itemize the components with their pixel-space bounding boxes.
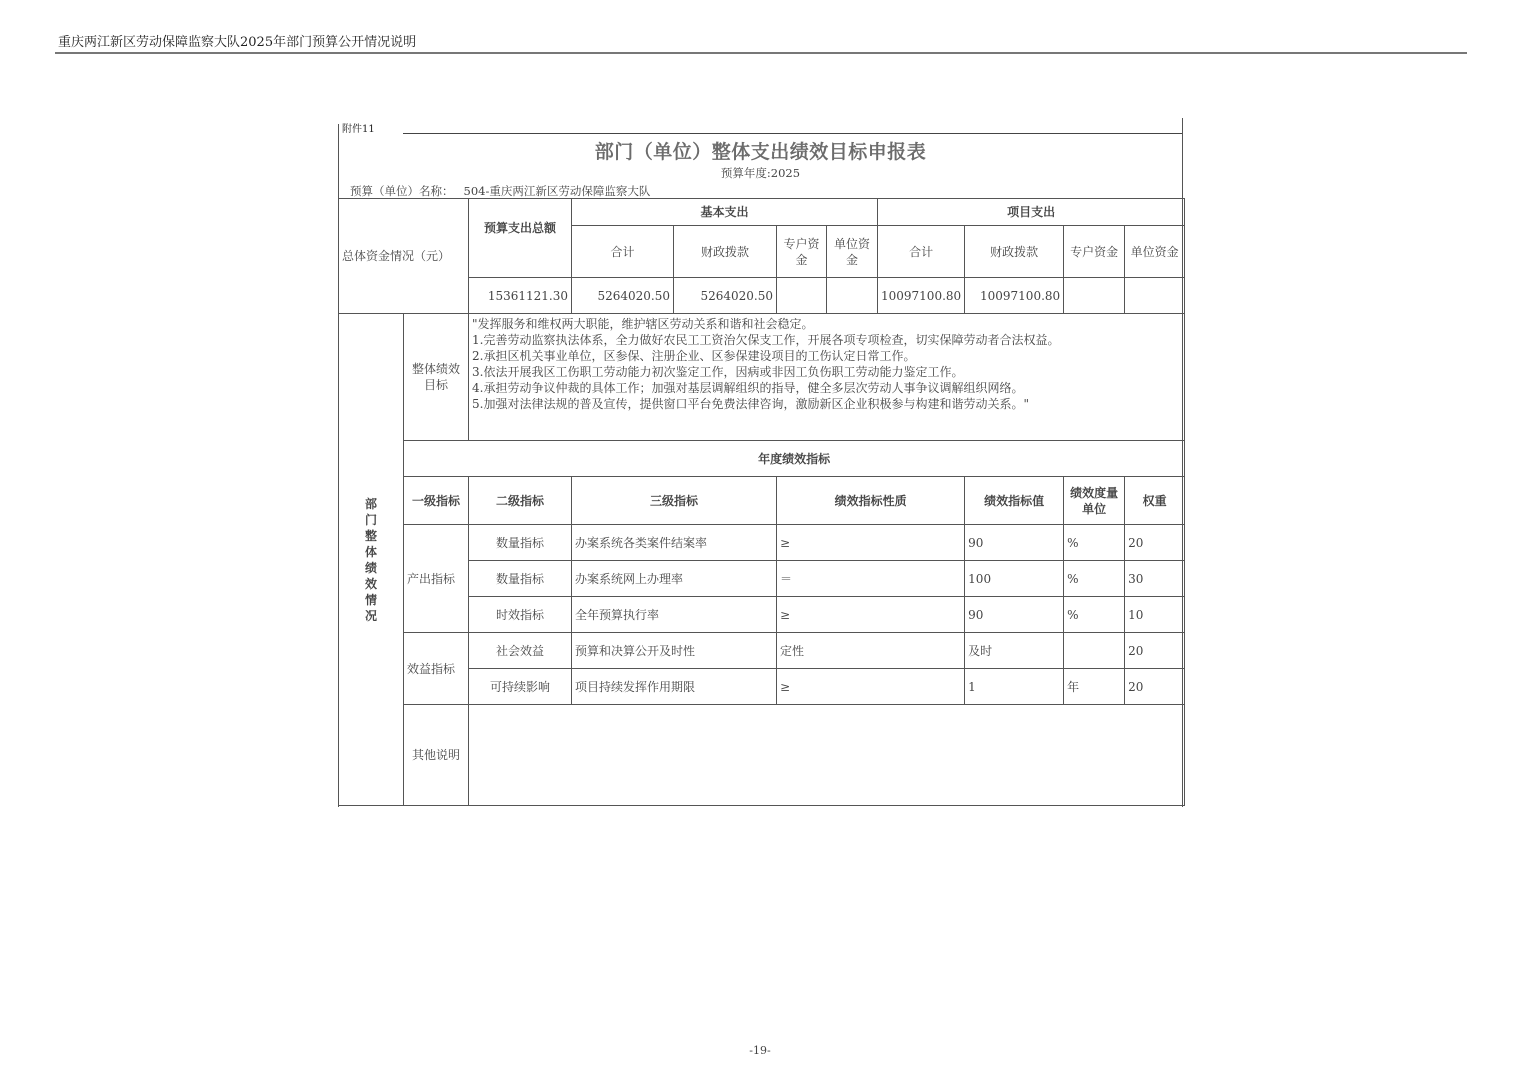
- project-fiscal-header: 财政拨款: [965, 226, 1064, 278]
- header-weight: 权重: [1125, 477, 1185, 525]
- basic-subtotal-header: 合计: [572, 226, 674, 278]
- overall-goal-label: 整体绩效目标: [404, 314, 469, 441]
- level2-cell: 数量指标: [469, 525, 572, 561]
- unit-cell: [1064, 633, 1125, 669]
- level2-cell: 数量指标: [469, 561, 572, 597]
- level2-cell: 社会效益: [469, 633, 572, 669]
- performance-form-table: 总体资金情况（元） 预算支出总额 基本支出 项目支出 合计 财政拨款 专户资金 …: [338, 198, 1185, 806]
- other-notes-value: [469, 705, 1185, 806]
- nature-cell: ≥: [777, 669, 965, 705]
- level3-cell: 预算和决算公开及时性: [572, 633, 777, 669]
- goal-line: "发挥服务和维权两大职能，维护辖区劳动关系和谐和社会稳定。: [472, 316, 1181, 332]
- project-fiscal-value: 10097100.80: [965, 278, 1064, 314]
- header-level2: 二级指标: [469, 477, 572, 525]
- goal-line: 4.承担劳动争议仲裁的具体工作；加强对基层调解组织的指导，健全多层次劳动人事争议…: [472, 380, 1181, 396]
- section-label-char: 部: [342, 496, 400, 512]
- basic-subtotal-value: 5264020.50: [572, 278, 674, 314]
- section-label-char: 体: [342, 544, 400, 560]
- section-label-char: 绩: [342, 560, 400, 576]
- basic-unit-value: [827, 278, 878, 314]
- header-level1: 一级指标: [404, 477, 469, 525]
- level3-cell: 办案系统网上办理率: [572, 561, 777, 597]
- basic-special-value: [777, 278, 827, 314]
- unit-name: 预算（单位）名称：504-重庆两江新区劳动保障监察大队: [350, 183, 650, 199]
- basic-fiscal-header: 财政拨款: [674, 226, 777, 278]
- goal-line: 5.加强对法律法规的普及宣传，提供窗口平台免费法律咨询，激励新区企业积极参与构建…: [472, 396, 1181, 412]
- basic-unit-header: 单位资金: [827, 226, 878, 278]
- unit-name-label: 预算（单位）名称：: [350, 184, 454, 198]
- goal-line: 1.完善劳动监察执法体系，全力做好农民工工资治欠保支工作，开展各项专项检查，切实…: [472, 332, 1181, 348]
- level2-cell: 时效指标: [469, 597, 572, 633]
- performance-section-label: 部门整体绩效情况: [339, 314, 404, 806]
- page-header: 重庆两江新区劳动保障监察大队2025年部门预算公开情况说明: [58, 31, 416, 50]
- annual-indicators-title: 年度绩效指标: [404, 441, 1185, 477]
- project-special-header: 专户资金: [1064, 226, 1125, 278]
- weight-cell: 20: [1125, 669, 1185, 705]
- basic-special-header: 专户资金: [777, 226, 827, 278]
- project-unit-header: 单位资金: [1125, 226, 1185, 278]
- value-cell: 1: [965, 669, 1064, 705]
- basic-fiscal-value: 5264020.50: [674, 278, 777, 314]
- total-budget-value: 15361121.30: [469, 278, 572, 314]
- nature-cell: ＝: [777, 561, 965, 597]
- project-subtotal-value: 10097100.80: [878, 278, 965, 314]
- nature-cell: 定性: [777, 633, 965, 669]
- project-unit-value: [1125, 278, 1185, 314]
- level3-cell: 全年预算执行率: [572, 597, 777, 633]
- section-label-char: 整: [342, 528, 400, 544]
- project-expense-header: 项目支出: [878, 199, 1185, 226]
- table-row: 产出指标 数量指标 办案系统各类案件结案率 ≥ 90 % 20: [339, 525, 1185, 561]
- unit-cell: 年: [1064, 669, 1125, 705]
- unit-cell: %: [1064, 525, 1125, 561]
- project-special-value: [1064, 278, 1125, 314]
- level1-output: 产出指标: [404, 525, 469, 633]
- other-notes-label: 其他说明: [404, 705, 469, 806]
- header-nature: 绩效指标性质: [777, 477, 965, 525]
- level1-benefit: 效益指标: [404, 633, 469, 705]
- unit-name-value: 504-重庆两江新区劳动保障监察大队: [464, 184, 651, 198]
- budget-year: 预算年度:2025: [338, 165, 1183, 181]
- project-subtotal-header: 合计: [878, 226, 965, 278]
- value-cell: 90: [965, 597, 1064, 633]
- section-label-char: 况: [342, 608, 400, 624]
- section-label-char: 效: [342, 576, 400, 592]
- header-unit: 绩效度量单位: [1064, 477, 1125, 525]
- page-number: -19-: [0, 1044, 1520, 1057]
- total-budget-header: 预算支出总额: [469, 199, 572, 278]
- table-row: 效益指标 社会效益 预算和决算公开及时性 定性 及时 20: [339, 633, 1185, 669]
- section-label-char: 门: [342, 512, 400, 528]
- header-level3: 三级指标: [572, 477, 777, 525]
- value-cell: 及时: [965, 633, 1064, 669]
- header-rule: [55, 52, 1467, 54]
- weight-cell: 20: [1125, 525, 1185, 561]
- level3-cell: 项目持续发挥作用期限: [572, 669, 777, 705]
- level3-cell: 办案系统各类案件结案率: [572, 525, 777, 561]
- overall-goal-text: "发挥服务和维权两大职能，维护辖区劳动关系和谐和社会稳定。1.完善劳动监察执法体…: [469, 314, 1185, 441]
- level2-cell: 可持续影响: [469, 669, 572, 705]
- goal-line: 3.依法开展我区工伤职工劳动能力初次鉴定工作，因病或非因工负伤职工劳动能力鉴定工…: [472, 364, 1181, 380]
- weight-cell: 20: [1125, 633, 1185, 669]
- basic-expense-header: 基本支出: [572, 199, 878, 226]
- unit-cell: %: [1064, 597, 1125, 633]
- funds-row-label: 总体资金情况（元）: [339, 199, 469, 314]
- section-label-char: 情: [342, 592, 400, 608]
- value-cell: 90: [965, 525, 1064, 561]
- value-cell: 100: [965, 561, 1064, 597]
- nature-cell: ≥: [777, 597, 965, 633]
- weight-cell: 30: [1125, 561, 1185, 597]
- goal-line: 2.承担区机关事业单位，区参保、注册企业、区参保建设项目的工伤认定日常工作。: [472, 348, 1181, 364]
- nature-cell: ≥: [777, 525, 965, 561]
- unit-cell: %: [1064, 561, 1125, 597]
- header-value: 绩效指标值: [965, 477, 1064, 525]
- form-title: 部门（单位）整体支出绩效目标申报表: [338, 137, 1183, 164]
- weight-cell: 10: [1125, 597, 1185, 633]
